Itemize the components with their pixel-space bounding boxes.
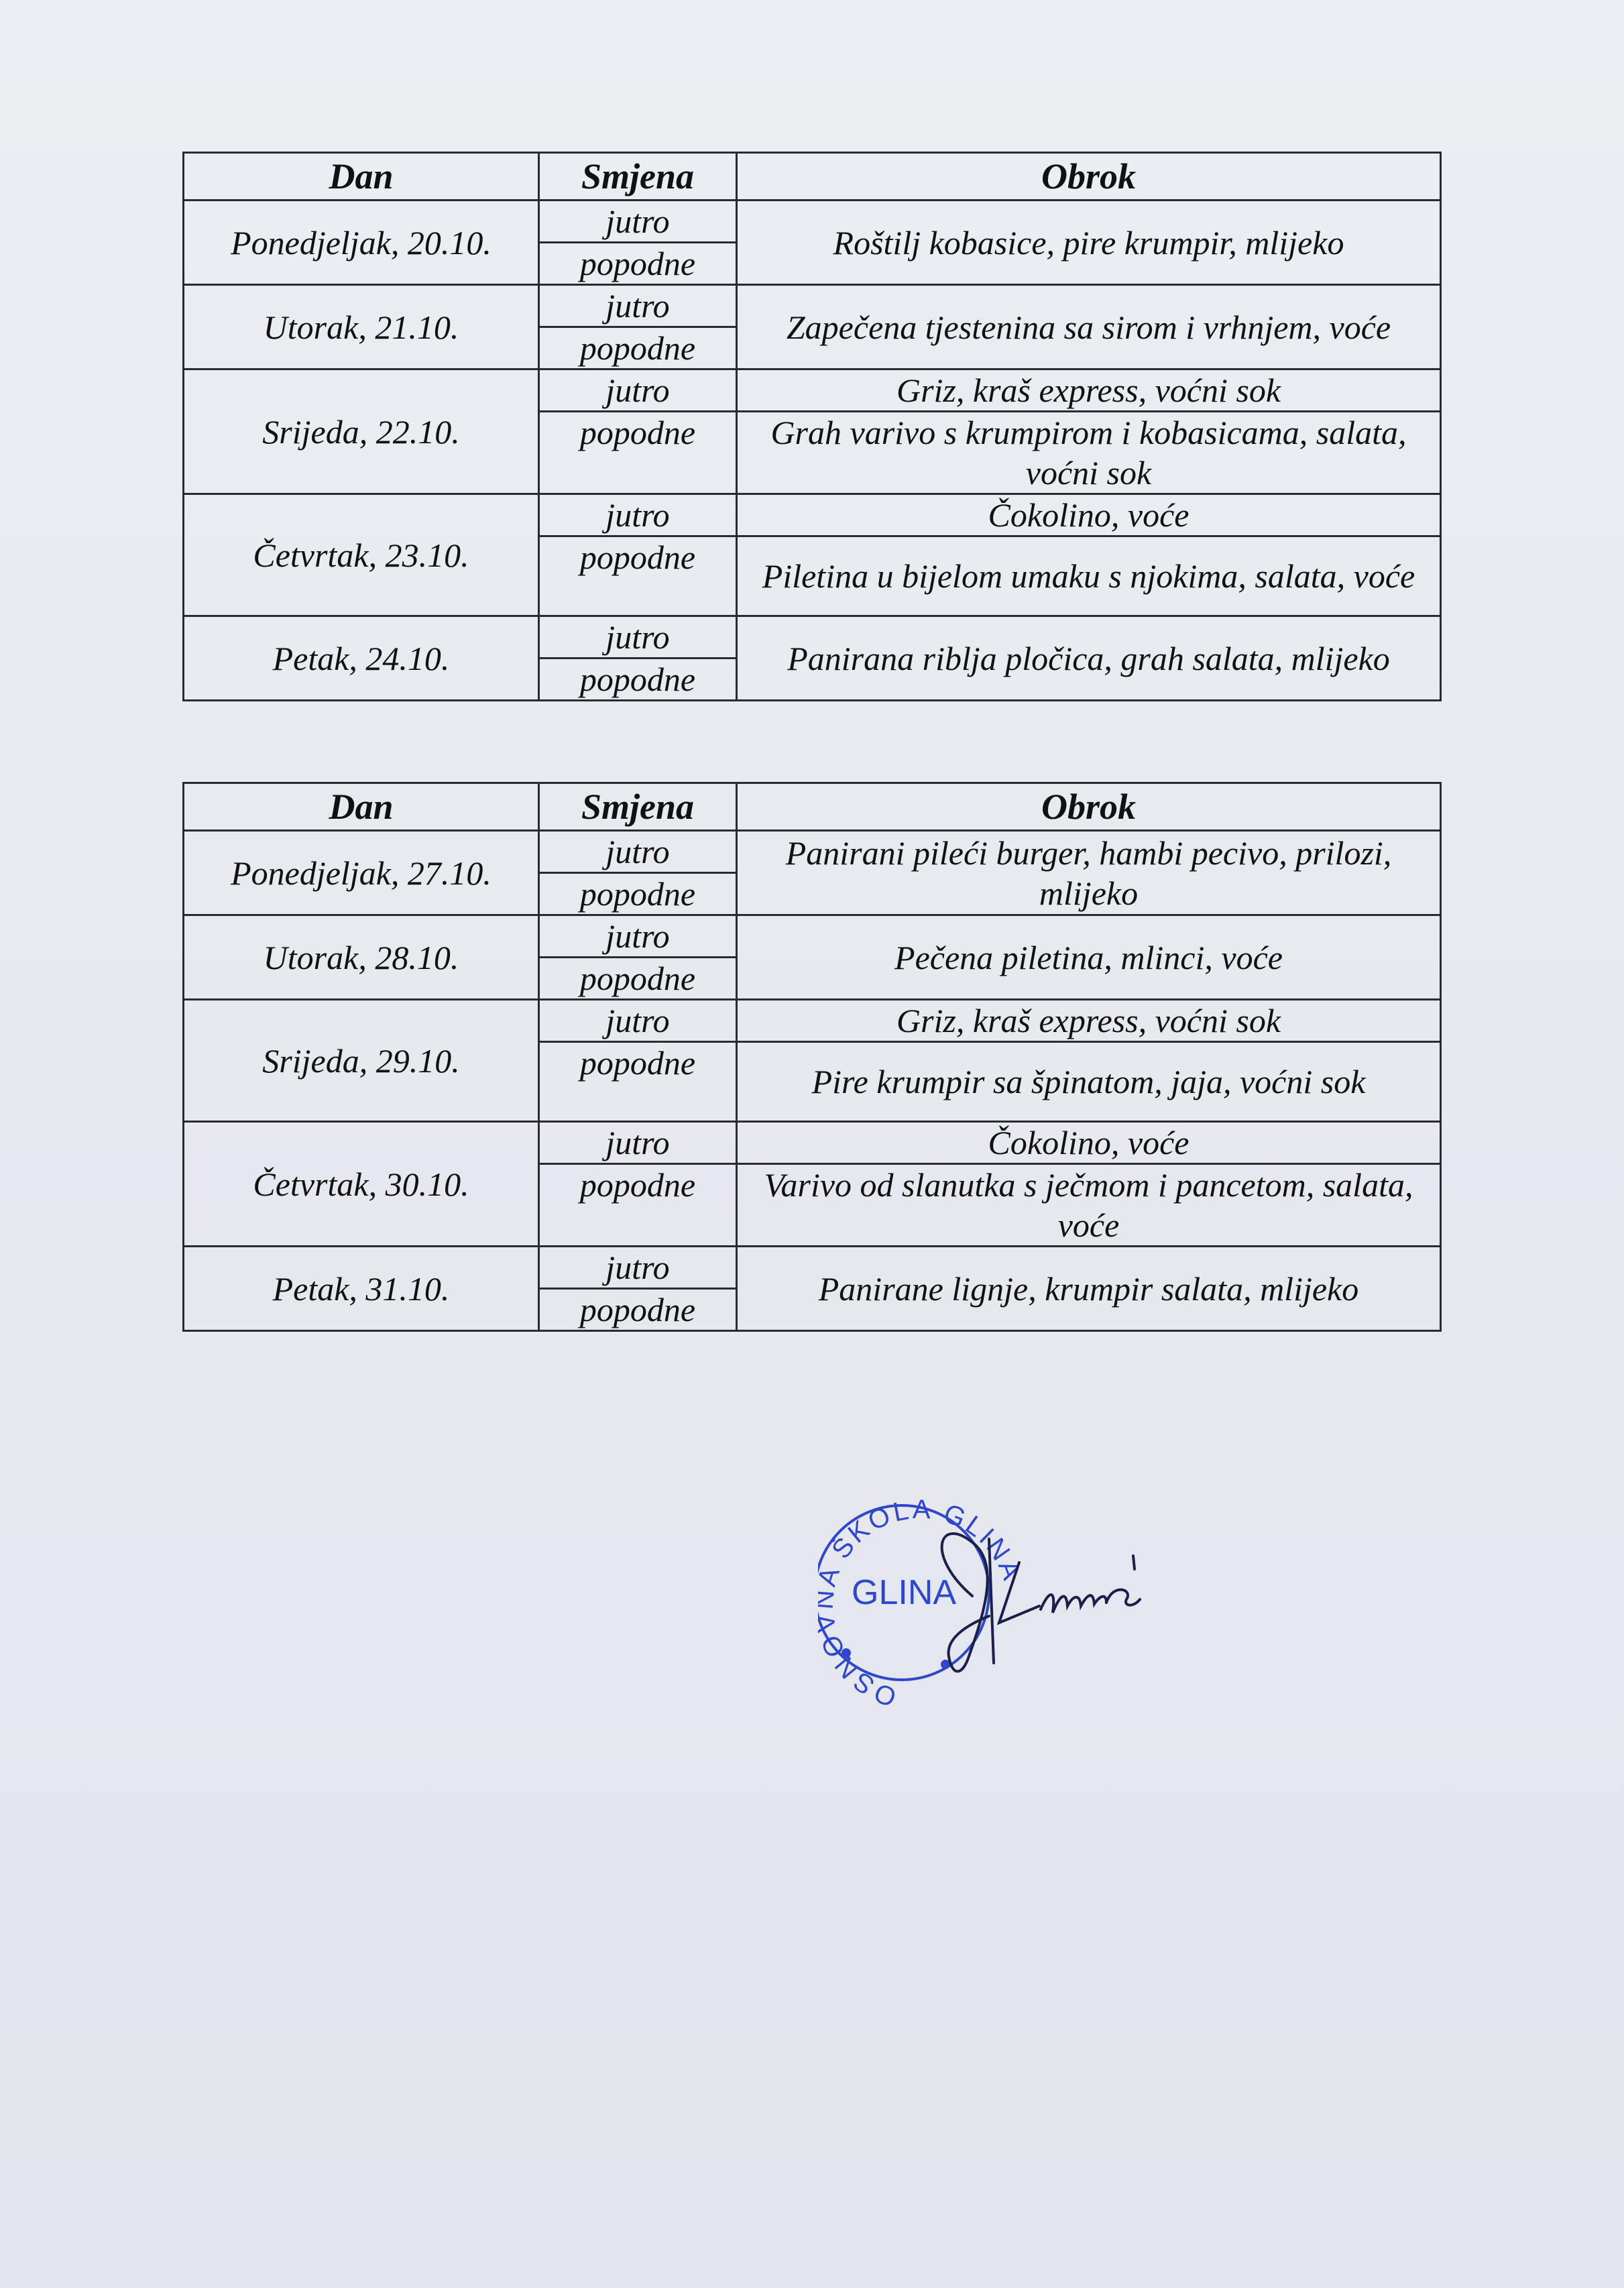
table-row: Ponedjeljak, 20.10.jutroRoštilj kobasice… <box>184 201 1441 243</box>
day-cell: Ponedjeljak, 20.10. <box>184 201 539 285</box>
table-row: Ponedjeljak, 27.10.jutroPanirani pileći … <box>184 831 1441 873</box>
day-cell: Utorak, 21.10. <box>184 285 539 369</box>
day-cell: Utorak, 28.10. <box>184 915 539 1000</box>
shift-morning: jutro <box>539 915 737 958</box>
shift-morning: jutro <box>539 616 737 659</box>
table-row: Srijeda, 29.10.jutroGriz, kraš express, … <box>184 1000 1441 1042</box>
meal-cell: Panirana riblja pločica, grah salata, ml… <box>737 616 1441 701</box>
shift-morning: jutro <box>539 831 737 873</box>
table-header-row: Dan Smjena Obrok <box>184 783 1441 831</box>
menu-table-week-2: Dan Smjena Obrok Ponedjeljak, 27.10.jutr… <box>182 782 1442 1332</box>
stamp-icon: OSNOVNA ŠKOLA GLINA GLINA <box>818 1489 1194 1710</box>
table-row: Utorak, 21.10.jutroZapečena tjestenina s… <box>184 285 1441 327</box>
day-cell: Ponedjeljak, 27.10. <box>184 831 539 915</box>
table-row: Četvrtak, 23.10.jutroČokolino, voće <box>184 494 1441 536</box>
header-day: Dan <box>184 783 539 831</box>
shift-afternoon: popodne <box>539 1164 737 1247</box>
header-shift: Smjena <box>539 783 737 831</box>
table-body: Ponedjeljak, 20.10.jutroRoštilj kobasice… <box>184 201 1441 701</box>
meal-cell: Zapečena tjestenina sa sirom i vrhnjem, … <box>737 285 1441 369</box>
meal-morning: Čokolino, voće <box>737 494 1441 536</box>
svg-text:GLINA: GLINA <box>852 1573 956 1612</box>
day-cell: Petak, 24.10. <box>184 616 539 701</box>
day-cell: Petak, 31.10. <box>184 1247 539 1331</box>
shift-afternoon: popodne <box>539 659 737 701</box>
day-cell: Srijeda, 29.10. <box>184 1000 539 1122</box>
shift-morning: jutro <box>539 369 737 412</box>
school-stamp-and-signature: OSNOVNA ŠKOLA GLINA GLINA <box>818 1489 1194 1710</box>
shift-afternoon: popodne <box>539 873 737 915</box>
meal-afternoon: Varivo od slanutka s ječmom i pancetom, … <box>737 1164 1441 1247</box>
shift-afternoon: popodne <box>539 327 737 369</box>
shift-morning: jutro <box>539 1000 737 1042</box>
meal-morning: Griz, kraš express, voćni sok <box>737 369 1441 412</box>
shift-afternoon: popodne <box>539 536 737 616</box>
table-row: Utorak, 28.10.jutroPečena piletina, mlin… <box>184 915 1441 958</box>
table-row: Srijeda, 22.10.jutroGriz, kraš express, … <box>184 369 1441 412</box>
meal-afternoon: Grah varivo s krumpirom i kobasicama, sa… <box>737 412 1441 494</box>
shift-afternoon: popodne <box>539 958 737 1000</box>
table-body: Ponedjeljak, 27.10.jutroPanirani pileći … <box>184 831 1441 1331</box>
day-cell: Srijeda, 22.10. <box>184 369 539 494</box>
shift-morning: jutro <box>539 1247 737 1289</box>
shift-morning: jutro <box>539 494 737 536</box>
day-cell: Četvrtak, 23.10. <box>184 494 539 616</box>
meal-afternoon: Piletina u bijelom umaku s njokima, sala… <box>737 536 1441 616</box>
day-cell: Četvrtak, 30.10. <box>184 1122 539 1247</box>
shift-morning: jutro <box>539 201 737 243</box>
header-shift: Smjena <box>539 153 737 201</box>
meal-cell: Panirane lignje, krumpir salata, mlijeko <box>737 1247 1441 1331</box>
shift-afternoon: popodne <box>539 412 737 494</box>
table-row: Petak, 24.10.jutroPanirana riblja pločic… <box>184 616 1441 659</box>
meal-morning: Čokolino, voće <box>737 1122 1441 1164</box>
shift-morning: jutro <box>539 285 737 327</box>
meal-cell: Pečena piletina, mlinci, voće <box>737 915 1441 1000</box>
menu-table-week-1: Dan Smjena Obrok Ponedjeljak, 20.10.jutr… <box>182 152 1442 701</box>
meal-afternoon: Pire krumpir sa špinatom, jaja, voćni so… <box>737 1042 1441 1122</box>
shift-morning: jutro <box>539 1122 737 1164</box>
meal-cell: Roštilj kobasice, pire krumpir, mlijeko <box>737 201 1441 285</box>
header-day: Dan <box>184 153 539 201</box>
shift-afternoon: popodne <box>539 1289 737 1331</box>
header-meal: Obrok <box>737 783 1441 831</box>
table-header-row: Dan Smjena Obrok <box>184 153 1441 201</box>
table-row: Četvrtak, 30.10.jutroČokolino, voće <box>184 1122 1441 1164</box>
header-meal: Obrok <box>737 153 1441 201</box>
meal-cell: Panirani pileći burger, hambi pecivo, pr… <box>737 831 1441 915</box>
meal-morning: Griz, kraš express, voćni sok <box>737 1000 1441 1042</box>
shift-afternoon: popodne <box>539 1042 737 1122</box>
shift-afternoon: popodne <box>539 243 737 285</box>
table-row: Petak, 31.10.jutroPanirane lignje, krump… <box>184 1247 1441 1289</box>
